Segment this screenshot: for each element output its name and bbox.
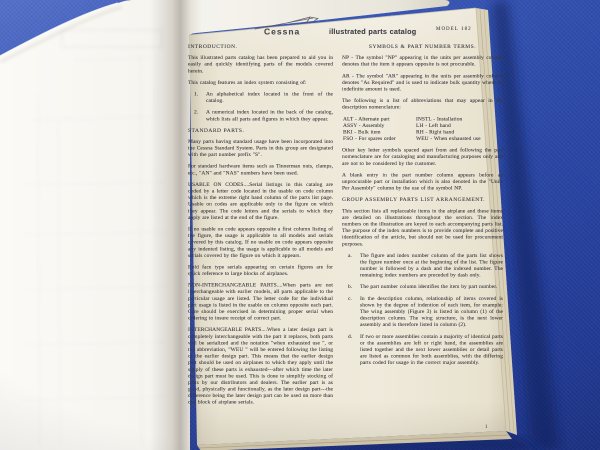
ar-symbol-paragraph: AR - The symbol "AR" appearing in the un… xyxy=(342,73,503,93)
symbols-heading: SYMBOLS & PART NUMBER TERMS. xyxy=(342,44,503,51)
book-photo: Cessna illustrated parts catalog MODEL 1… xyxy=(0,0,600,450)
intro-paragraph-1: This illustrated parts catalog has been … xyxy=(188,55,333,75)
index-item-2: 2. A numerical index located in the back… xyxy=(188,109,333,122)
standard-paragraph-1: Many parts having standard usage have be… xyxy=(188,138,333,158)
group-assembly-intro: This section lists all replaceable items… xyxy=(342,208,503,248)
page-header: Cessna illustrated parts catalog MODEL 1… xyxy=(186,18,504,41)
left-column: INTRODUCTION. This illustrated parts cat… xyxy=(188,42,333,411)
index-item-1: 1. An alphabetical index located in the … xyxy=(188,91,333,104)
abbreviations-intro: The following is a list of abbreviations… xyxy=(342,98,503,111)
standard-paragraph-2: For standard hardware items such as Tinn… xyxy=(188,163,333,176)
other-symbols-paragraph: Other key letter symbols spaced apart fr… xyxy=(342,147,503,167)
cessna-logo-text: Cessna xyxy=(264,27,300,37)
catalog-title: illustrated parts catalog xyxy=(329,28,416,37)
right-page: Cessna illustrated parts catalog MODEL 1… xyxy=(186,18,504,446)
page-content: Cessna illustrated parts catalog MODEL 1… xyxy=(186,18,504,446)
usable-on-codes-paragraph: USABLE ON CODES....Serial listings in th… xyxy=(188,181,333,221)
np-symbol-paragraph: NP - The symbol "NP" appearing in the un… xyxy=(342,55,503,68)
list-item-b: b. The part number column identifies the… xyxy=(342,284,503,291)
text-columns: INTRODUCTION. This illustrated parts cat… xyxy=(186,42,504,411)
standard-parts-heading: STANDARD PARTS. xyxy=(188,127,333,134)
non-interchangeable-paragraph: NON-INTERCHANGEABLE PARTS....When parts … xyxy=(188,282,333,322)
list-item-d: d. If two or more assemblies contain a m… xyxy=(342,333,503,366)
abbreviation-row: ASSY - Assembly LH - Left hand xyxy=(343,122,503,129)
bold-face-paragraph: Bold face type serials appearing on cert… xyxy=(188,264,333,277)
blank-entry-paragraph: A blank entry in the part number column … xyxy=(342,172,503,192)
abbreviations-list: ALT - Alternate part INSTL - Installatio… xyxy=(343,116,503,142)
right-column: SYMBOLS & PART NUMBER TERMS. NP - The sy… xyxy=(342,42,503,411)
abbreviation-row: FSO - For spares order WEU - When exhaus… xyxy=(343,136,503,143)
intro-paragraph-2: This catalog features an index system co… xyxy=(188,79,333,86)
interchangeable-paragraph: INTERCHANGEABLE PARTS....When a later de… xyxy=(188,327,333,406)
abbreviation-row: ALT - Alternate part INSTL - Installatio… xyxy=(343,116,503,123)
group-assembly-heading: GROUP ASSEMBLY PARTS LIST ARRANGEMENT. xyxy=(342,197,503,204)
introduction-heading: INTRODUCTION. xyxy=(188,44,333,51)
list-item-c: c. In the description column, relationsh… xyxy=(342,295,503,328)
abbreviation-row: BKI - Bulk item RH - Right hand xyxy=(343,129,503,136)
model-number: MODEL 182 xyxy=(436,26,472,32)
usable-on-codes-paragraph-2: If no usable on code appears opposite a … xyxy=(188,226,333,259)
page-number: 1 xyxy=(485,424,488,430)
list-item-a: a. The figure and index number column of… xyxy=(342,252,503,278)
